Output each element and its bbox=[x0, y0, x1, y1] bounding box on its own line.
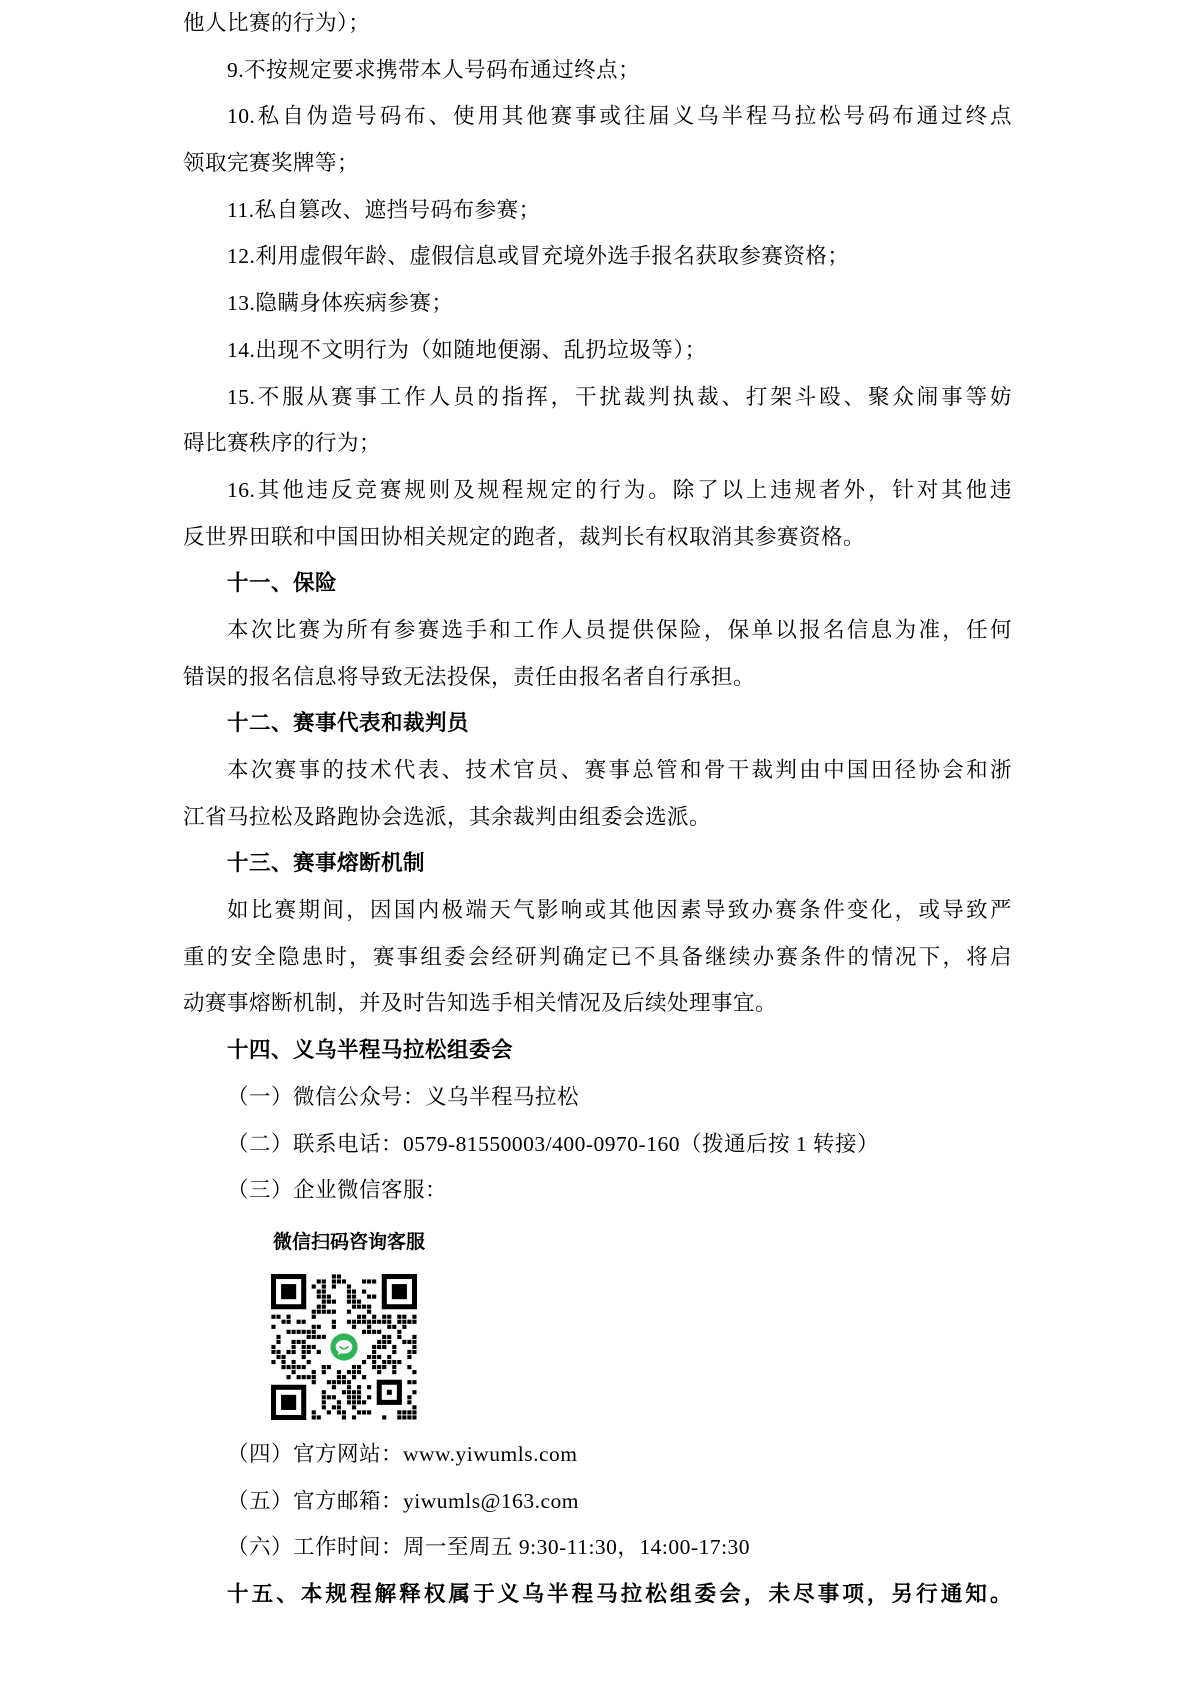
section-heading-line: 十三、赛事熔断机制 bbox=[183, 840, 1012, 887]
body-text-line: 重的安全隐患时，赛事组委会经研判确定已不具备继续办赛条件的情况下，将启 bbox=[183, 934, 1012, 981]
document-body-bottom: （四）官方网站：www.yiwumls.com（五）官方邮箱：yiwumls@1… bbox=[183, 1431, 1012, 1618]
body-text-line: 江省马拉松及路跑协会选派，其余裁判由组委会选派。 bbox=[183, 794, 1012, 841]
wechat-qr-code bbox=[271, 1274, 417, 1420]
document-page: 他人比赛的行为）；9.不按规定要求携带本人号码布通过终点；10.私自伪造号码布、… bbox=[0, 0, 1190, 1683]
body-text-line: 如比赛期间，因国内极端天气影响或其他因素导致办赛条件变化，或导致严 bbox=[183, 887, 1012, 934]
body-text-line: 10.私自伪造号码布、使用其他赛事或往届义乌半程马拉松号码布通过终点 bbox=[183, 93, 1012, 140]
body-text-line: 碍比赛秩序的行为； bbox=[183, 420, 1012, 467]
body-text-line: 他人比赛的行为）； bbox=[183, 0, 1012, 47]
body-text-line: 动赛事熔断机制，并及时告知选手相关情况及后续处理事宜。 bbox=[183, 980, 1012, 1027]
section-heading-line: 十二、赛事代表和裁判员 bbox=[183, 700, 1012, 747]
body-text-line: （二）联系电话：0579-81550003/400-0970-160（拨通后按 … bbox=[183, 1121, 1012, 1168]
body-text-line: 15.不服从赛事工作人员的指挥，干扰裁判执裁、打架斗殴、聚众闹事等妨 bbox=[183, 374, 1012, 421]
qr-caption: 微信扫码咨询客服 bbox=[273, 1231, 573, 1255]
body-text-line: 9.不按规定要求携带本人号码布通过终点； bbox=[183, 47, 1012, 94]
body-text-line: 反世界田联和中国田协相关规定的跑者，裁判长有权取消其参赛资格。 bbox=[183, 514, 1012, 561]
body-text-line: 领取完赛奖牌等； bbox=[183, 140, 1012, 187]
body-text-line: 11.私自篡改、遮挡号码布参赛； bbox=[183, 187, 1012, 234]
document-body-top: 他人比赛的行为）；9.不按规定要求携带本人号码布通过终点；10.私自伪造号码布、… bbox=[183, 0, 1012, 1214]
body-text-line: 14.出现不文明行为（如随地便溺、乱扔垃圾等）； bbox=[183, 327, 1012, 374]
section-heading-line: 十一、保险 bbox=[183, 560, 1012, 607]
wechat-chat-icon bbox=[330, 1333, 357, 1360]
body-text-line: （一）微信公众号：义乌半程马拉松 bbox=[183, 1074, 1012, 1121]
section-heading-line: 十五、本规程解释权属于义乌半程马拉松组委会，未尽事项，另行通知。 bbox=[183, 1571, 1012, 1618]
section-heading-line: 十四、义乌半程马拉松组委会 bbox=[183, 1027, 1012, 1074]
body-text-line: 12.利用虚假年龄、虚假信息或冒充境外选手报名获取参赛资格； bbox=[183, 233, 1012, 280]
body-text-line: 错误的报名信息将导致无法投保，责任由报名者自行承担。 bbox=[183, 654, 1012, 701]
body-text-line: 本次赛事的技术代表、技术官员、赛事总管和骨干裁判由中国田径协会和浙 bbox=[183, 747, 1012, 794]
body-text-line: 本次比赛为所有参赛选手和工作人员提供保险，保单以报名信息为准，任何 bbox=[183, 607, 1012, 654]
body-text-line: （四）官方网站：www.yiwumls.com bbox=[183, 1431, 1012, 1478]
qr-code-graphic bbox=[271, 1274, 417, 1420]
body-text-line: （三）企业微信客服： bbox=[183, 1167, 1012, 1214]
body-text-line: （五）官方邮箱：yiwumls@163.com bbox=[183, 1478, 1012, 1525]
body-text-line: 16.其他违反竞赛规则及规程规定的行为。除了以上违规者外，针对其他违 bbox=[183, 467, 1012, 514]
body-text-line: 13.隐瞒身体疾病参赛； bbox=[183, 280, 1012, 327]
body-text-line: （六）工作时间：周一至周五 9:30-11:30，14:00-17:30 bbox=[183, 1524, 1012, 1571]
